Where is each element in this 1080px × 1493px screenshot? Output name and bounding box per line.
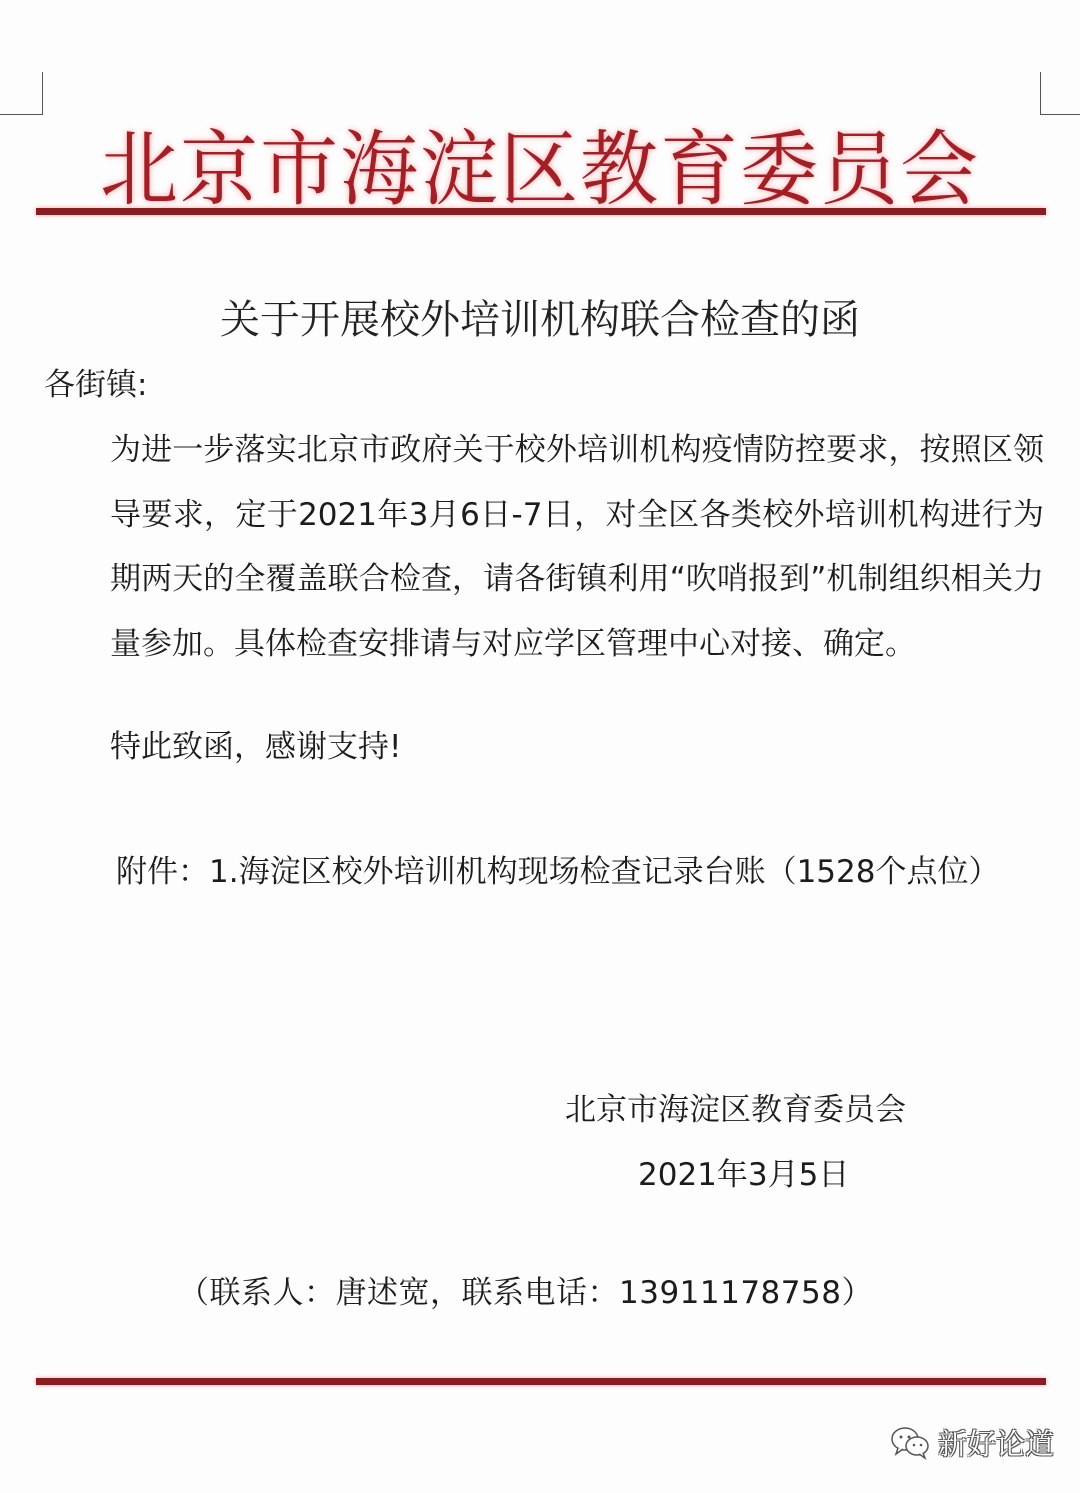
attachment-text: 附件：1.海淀区校外培训机构现场检查记录台账（1528个点位） (44, 840, 1044, 904)
signature-date: 2021年3月5日 (638, 1150, 849, 1200)
crop-mark-top-left (0, 72, 43, 115)
signature-organization: 北京市海淀区教育委员会 (565, 1085, 906, 1135)
crop-mark-top-right (1040, 72, 1080, 115)
letterhead-organization: 北京市海淀区教育委员会 (40, 118, 1040, 223)
attachment-note: 附件：1.海淀区校外培训机构现场检查记录台账（1528个点位） (44, 840, 1044, 904)
contact-info: （联系人：唐述宽，联系电话：13911178758） (178, 1268, 873, 1318)
footer-red-rule (36, 1378, 1046, 1385)
document-title: 关于开展校外培训机构联合检查的函 (0, 290, 1080, 350)
wechat-icon (890, 1425, 932, 1461)
salutation: 各街镇: (44, 360, 147, 410)
watermark: 新好论道 (890, 1422, 1054, 1463)
watermark-text: 新好论道 (938, 1422, 1054, 1463)
letterhead-red-rule (36, 208, 1046, 215)
body-paragraph: 为进一步落实北京市政府关于校外培训机构疫情防控要求，按照区领导要求，定于2021… (44, 418, 1044, 676)
closing-line: 特此致函，感谢支持! (110, 722, 401, 772)
body-paragraph-text: 为进一步落实北京市政府关于校外培训机构疫情防控要求，按照区领导要求，定于2021… (44, 418, 1044, 676)
